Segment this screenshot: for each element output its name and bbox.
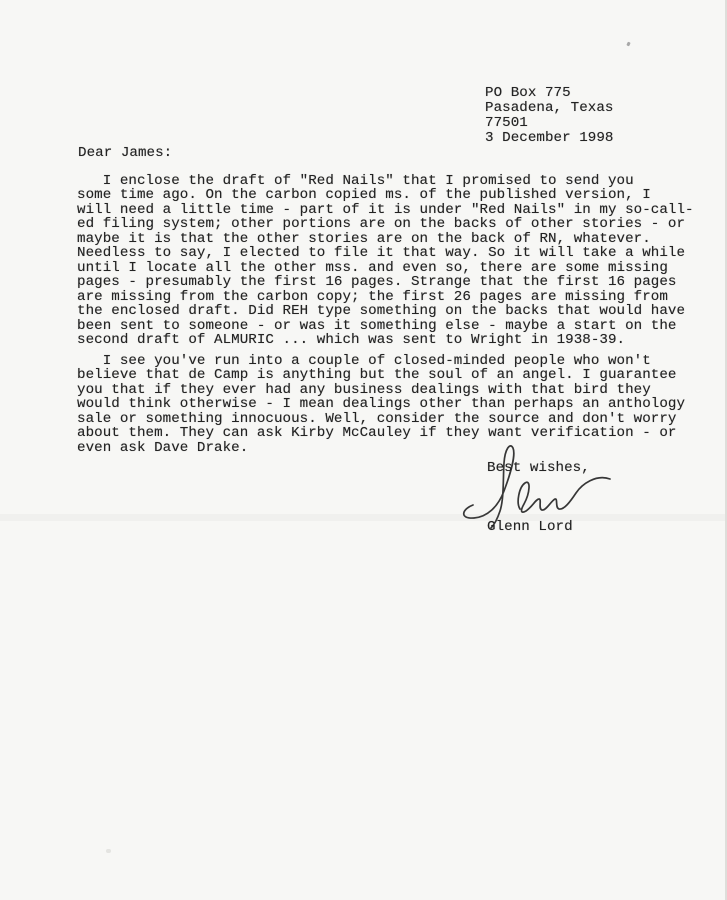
scanned-letter-page: PO Box 775 Pasadena, Texas 77501 3 Decem… (0, 0, 727, 900)
sender-address-block: PO Box 775 Pasadena, Texas 77501 3 Decem… (485, 86, 613, 146)
typed-signature-name: Glenn Lord (487, 520, 573, 534)
body-paragraph-1: I enclose the draft of "Red Nails" that … (77, 174, 694, 347)
scan-speck (106, 849, 111, 853)
salutation: Dear James: (78, 146, 172, 160)
scan-speck (626, 42, 630, 47)
scan-artifact-band (0, 514, 727, 521)
body-paragraph-2: I see you've run into a couple of closed… (77, 354, 685, 455)
